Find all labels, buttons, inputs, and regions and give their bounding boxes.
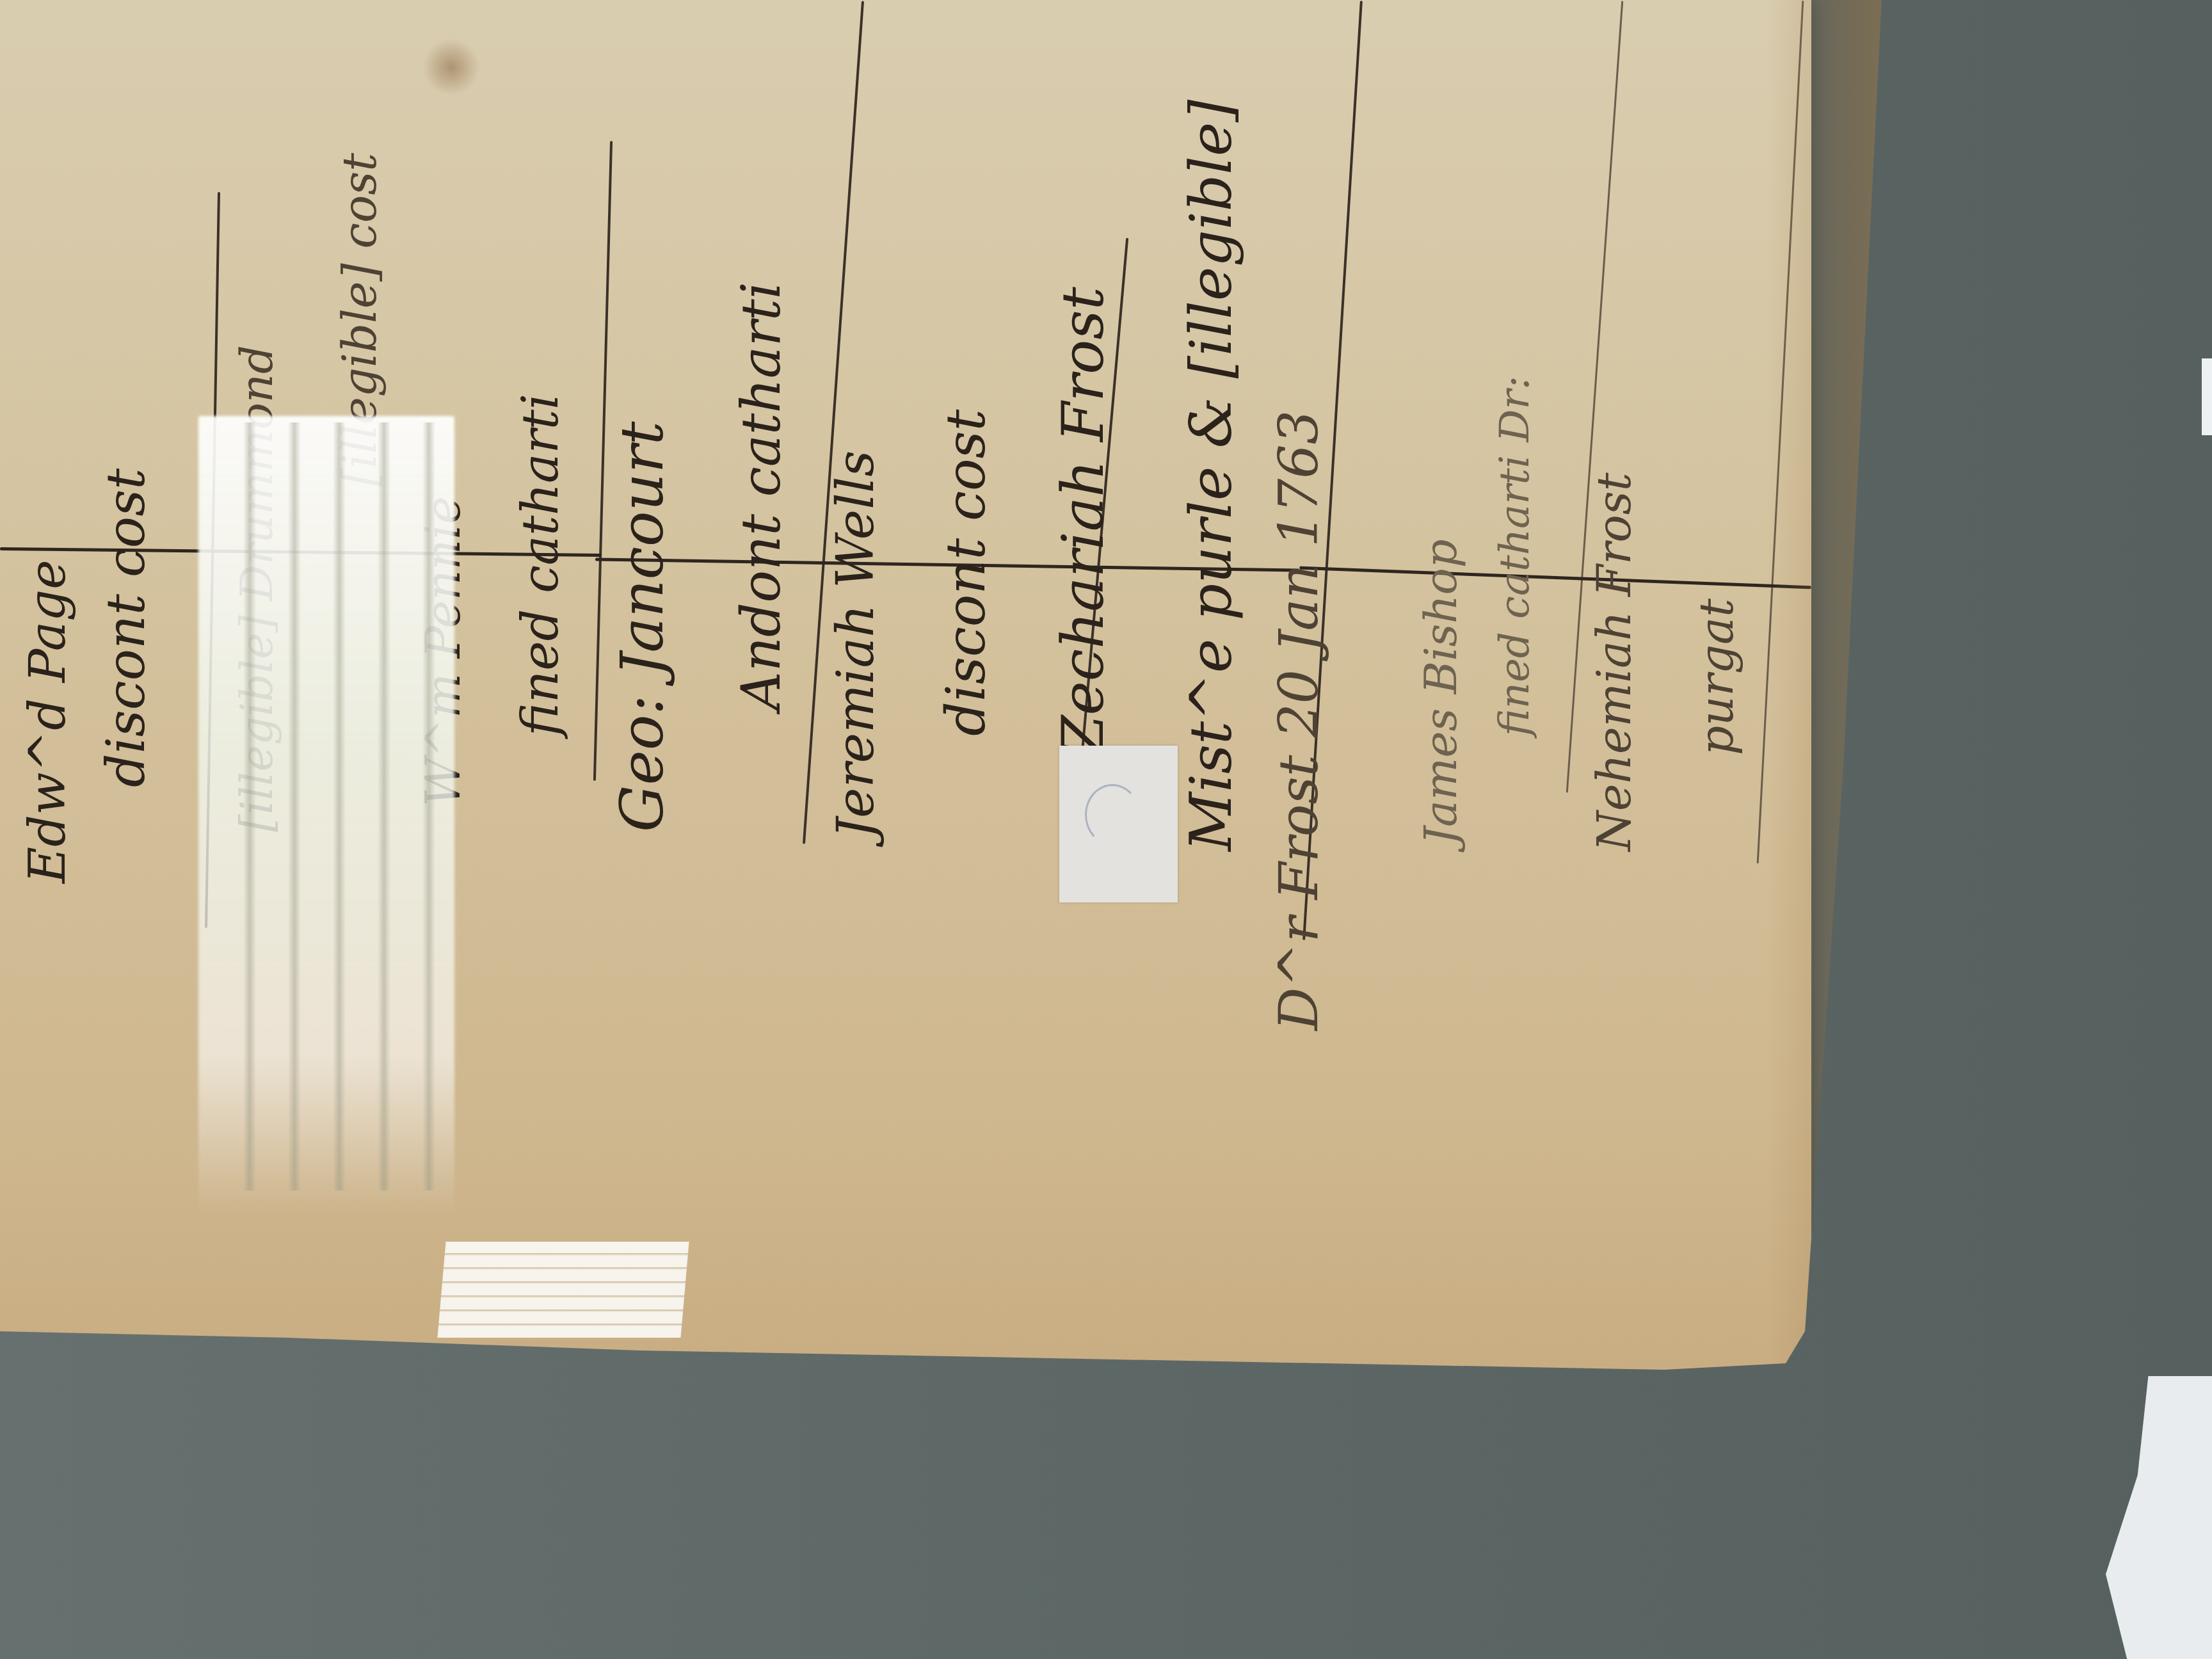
frame-reflection-top [2202,358,2212,435]
entry-remedy: fined catharti [512,394,570,736]
entry-remedy: fined catharti Dr: [1491,376,1539,736]
paper-tape-patch [1059,746,1178,902]
glass-reflection-stripes [211,422,454,1190]
entry-remedy: purgat [1690,598,1743,755]
entry-remedy: discont cost [96,469,157,787]
entry-remedy: Andont catharti [730,282,792,711]
entry-name: Geo: Jancourt [608,421,677,832]
entry-name: Jeremiah Wells [826,451,885,838]
entry-date-header: D^r Frost 20 Jan 1763 [1267,410,1330,1030]
entry-remedy: discont cost [934,410,997,736]
fold-line [1299,566,1811,589]
entry-name: Nehemiah Frost [1587,472,1641,851]
entry-name: James Bishop [1415,539,1467,845]
entry-name: Zechariah Frost [1050,287,1117,755]
ink-stain [422,38,480,96]
tape-ink-mark [1085,784,1140,846]
entry-remedy: Mist^e purle & [illegible] [1178,100,1245,851]
entry-name: Edw^d Page [19,560,77,883]
glass-reflection-small [437,1242,689,1338]
